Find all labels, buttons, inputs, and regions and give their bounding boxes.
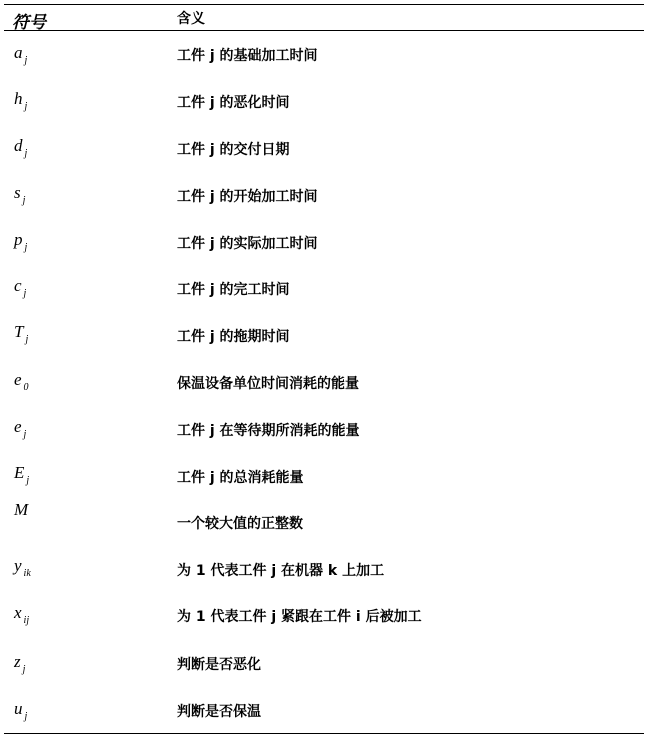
header-meaning: 含义 bbox=[177, 8, 205, 28]
meaning-cell: 工件 j 的基础加工时间 bbox=[177, 45, 318, 65]
symbol-base: E bbox=[14, 463, 24, 482]
meaning-cell: 工件 j 在等待期所消耗的能量 bbox=[177, 420, 360, 440]
symbol-cell: Ej bbox=[14, 463, 29, 486]
symbol-subscript: j bbox=[25, 334, 28, 345]
symbol-subscript: j bbox=[25, 711, 28, 722]
symbol-base: z bbox=[14, 652, 21, 671]
meaning-cell: 为 1 代表工件 j 紧跟在工件 i 后被加工 bbox=[177, 606, 422, 626]
symbol-subscript: j bbox=[25, 148, 28, 159]
symbol-subscript: ij bbox=[24, 615, 30, 626]
meaning-cell: 工件 j 的实际加工时间 bbox=[177, 233, 318, 253]
symbol-cell: Tj bbox=[14, 322, 28, 345]
symbol-cell: aj bbox=[14, 43, 27, 66]
symbol-subscript: j bbox=[26, 475, 29, 486]
symbol-cell: yik bbox=[14, 556, 31, 579]
symbol-base: M bbox=[14, 500, 28, 519]
symbol-cell: dj bbox=[14, 136, 27, 159]
symbol-base: p bbox=[14, 230, 23, 249]
symbol-base: h bbox=[14, 89, 23, 108]
meaning-cell: 工件 j 的总消耗能量 bbox=[177, 467, 304, 487]
symbol-base: e bbox=[14, 417, 22, 436]
symbol-base: a bbox=[14, 43, 23, 62]
table-top-rule bbox=[4, 4, 644, 5]
meaning-cell: 判断是否保温 bbox=[177, 701, 261, 721]
table-bottom-rule bbox=[4, 733, 644, 734]
meaning-cell: 工件 j 的开始加工时间 bbox=[177, 186, 318, 206]
meaning-cell: 工件 j 的恶化时间 bbox=[177, 92, 290, 112]
symbol-cell: cj bbox=[14, 276, 26, 299]
symbol-cell: hj bbox=[14, 89, 27, 112]
symbol-base: e bbox=[14, 370, 22, 389]
symbol-subscript: 0 bbox=[24, 382, 29, 393]
symbol-subscript: j bbox=[23, 664, 26, 675]
symbol-subscript: j bbox=[25, 242, 28, 253]
symbol-subscript: j bbox=[24, 429, 27, 440]
symbol-cell: zj bbox=[14, 652, 25, 675]
symbol-cell: uj bbox=[14, 699, 27, 722]
meaning-cell: 工件 j 的完工时间 bbox=[177, 279, 290, 299]
symbol-base: s bbox=[14, 183, 21, 202]
symbol-cell: xij bbox=[14, 603, 29, 626]
symbol-subscript: j bbox=[24, 288, 27, 299]
symbol-base: c bbox=[14, 276, 22, 295]
symbol-cell: M bbox=[14, 500, 30, 523]
table-header-rule bbox=[4, 30, 644, 31]
meaning-cell: 保温设备单位时间消耗的能量 bbox=[177, 373, 359, 393]
symbol-cell: e0 bbox=[14, 370, 29, 393]
symbol-base: y bbox=[14, 556, 22, 575]
symbol-cell: pj bbox=[14, 230, 27, 253]
symbol-subscript: j bbox=[25, 55, 28, 66]
meaning-cell: 一个较大值的正整数 bbox=[177, 513, 303, 533]
symbol-cell: sj bbox=[14, 183, 25, 206]
meaning-cell: 为 1 代表工件 j 在机器 k 上加工 bbox=[177, 560, 384, 580]
symbol-base: u bbox=[14, 699, 23, 718]
symbol-base: d bbox=[14, 136, 23, 155]
meaning-cell: 判断是否恶化 bbox=[177, 654, 261, 674]
symbol-subscript: ik bbox=[24, 568, 31, 579]
meaning-cell: 工件 j 的拖期时间 bbox=[177, 326, 290, 346]
symbol-subscript: j bbox=[23, 195, 26, 206]
symbol-cell: ej bbox=[14, 417, 26, 440]
symbol-subscript: j bbox=[25, 101, 28, 112]
symbol-base: x bbox=[14, 603, 22, 622]
symbol-base: T bbox=[14, 322, 23, 341]
meaning-cell: 工件 j 的交付日期 bbox=[177, 139, 290, 159]
